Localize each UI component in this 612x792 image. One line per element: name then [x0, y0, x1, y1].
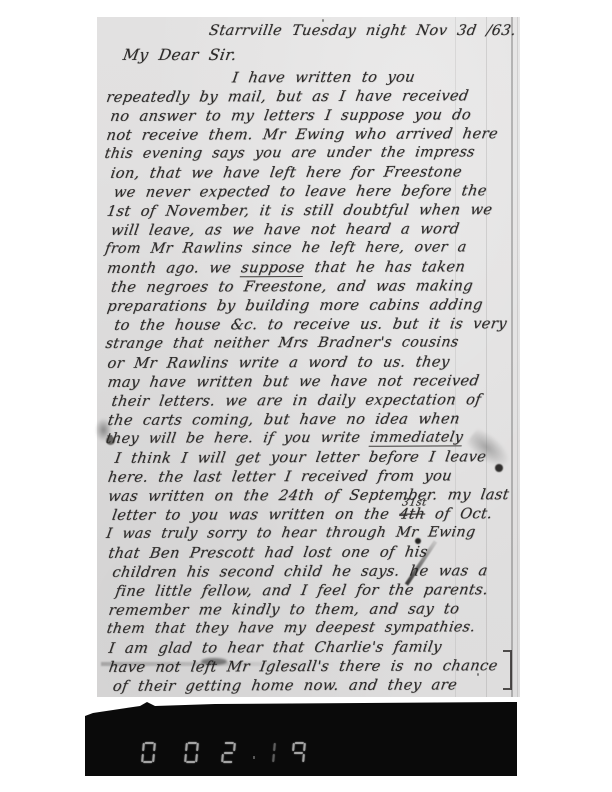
letter-dateline: Starrville Tuesday night Nov 3d /63. — [208, 23, 518, 39]
underlined-word: immediately — [369, 429, 465, 446]
counter-digit — [141, 742, 156, 763]
letter-line: strange that neither Mrs Bradner's cousi… — [104, 334, 519, 355]
microfilm-viewer-frame: Starrville Tuesday night Nov 3d /63. My … — [0, 0, 612, 792]
letter-line: preparations by building more cabins add… — [106, 296, 519, 317]
letter-line: ion, that we have left here for Freeston… — [109, 163, 518, 184]
letter-line: of their getting home now. and they are — [111, 676, 520, 697]
letter-line: their letters. we are in daily expectati… — [110, 391, 519, 412]
letter-salutation: My Dear Sir. — [122, 46, 239, 64]
letter-line: or Mr Rawlins write a word to us. they — [106, 353, 519, 374]
letter-body: I have written to you repeatedly by mail… — [105, 68, 518, 697]
letter-line: no answer to my letters I suppose you do — [109, 106, 518, 127]
letter-line: here. the last letter I received from yo… — [106, 467, 519, 488]
counter-digit — [184, 742, 199, 763]
counter-digit — [291, 742, 306, 763]
letter-line: to the house &c. to receive us. but it i… — [113, 315, 519, 336]
letter-text-segment: month ago. we — [106, 259, 243, 277]
counter-digit — [221, 742, 236, 763]
letter-line: I am glad to hear that Charlie's family — [107, 638, 520, 659]
letter-line: I have written to you — [231, 68, 518, 88]
letter-line: month ago. we suppose that he has taken — [106, 258, 519, 279]
letter-line: the carts coming, but have no idea when — [106, 410, 519, 431]
letter-line: may have written but we have not receive… — [106, 372, 519, 393]
underlined-word: suppose — [240, 259, 306, 277]
letter-line: I think I will get your letter before I … — [113, 448, 519, 469]
counter-digit — [261, 742, 276, 763]
letter-line: fine little fellow, and I feel for the p… — [114, 581, 520, 602]
letter-text-segment: of Oct. — [424, 505, 494, 522]
letter-line: this evening says you are under the impr… — [103, 144, 518, 165]
scan-page: Starrville Tuesday night Nov 3d /63. My … — [97, 17, 520, 697]
letter-text-segment: that he has taken — [303, 258, 466, 276]
letter-line: they will be here. if you write immediat… — [104, 429, 519, 450]
letter-line: we never expected to leave here before t… — [112, 182, 518, 203]
letter-line: have not left Mr Iglesall's there is no … — [107, 657, 520, 678]
letter-line: that Ben Prescott had lost one of his — [107, 543, 520, 564]
frame-counter-bar — [85, 700, 517, 776]
date-correction: 4th31st — [398, 505, 426, 522]
letter-text-segment: letter to you was written on the — [111, 506, 401, 524]
counter-separator-dot — [253, 756, 255, 759]
letter-line: was written on the 24th of September. my… — [107, 486, 520, 507]
letter-line: I was truly sorry to hear through Mr Ewi… — [105, 524, 520, 545]
letter-line: from Mr Rawlins since he left here, over… — [103, 239, 518, 260]
superscript-correction: 31st — [401, 496, 427, 508]
letter-text-segment: they will be here. if you write — [105, 430, 372, 447]
letter-line: not receive them. Mr Ewing who arrived h… — [105, 125, 518, 146]
letter-line: will leave, as we have not heard a word — [109, 220, 518, 241]
letter-line: 1st of November, it is still doubtful wh… — [105, 201, 518, 222]
letter-line: the negroes to Freestone, and was making — [110, 277, 519, 298]
letter-line: children his second child he says. he wa… — [111, 562, 520, 583]
letter-line: repeatedly by mail, but as I have receiv… — [105, 87, 518, 108]
dust-speck — [322, 19, 324, 22]
letter-line: remember me kindly to them, and say to — [107, 600, 520, 621]
letter-line: letter to you was written on the 4th31st… — [111, 505, 520, 526]
letter-line: them that they have my deepest sympathie… — [105, 619, 520, 640]
